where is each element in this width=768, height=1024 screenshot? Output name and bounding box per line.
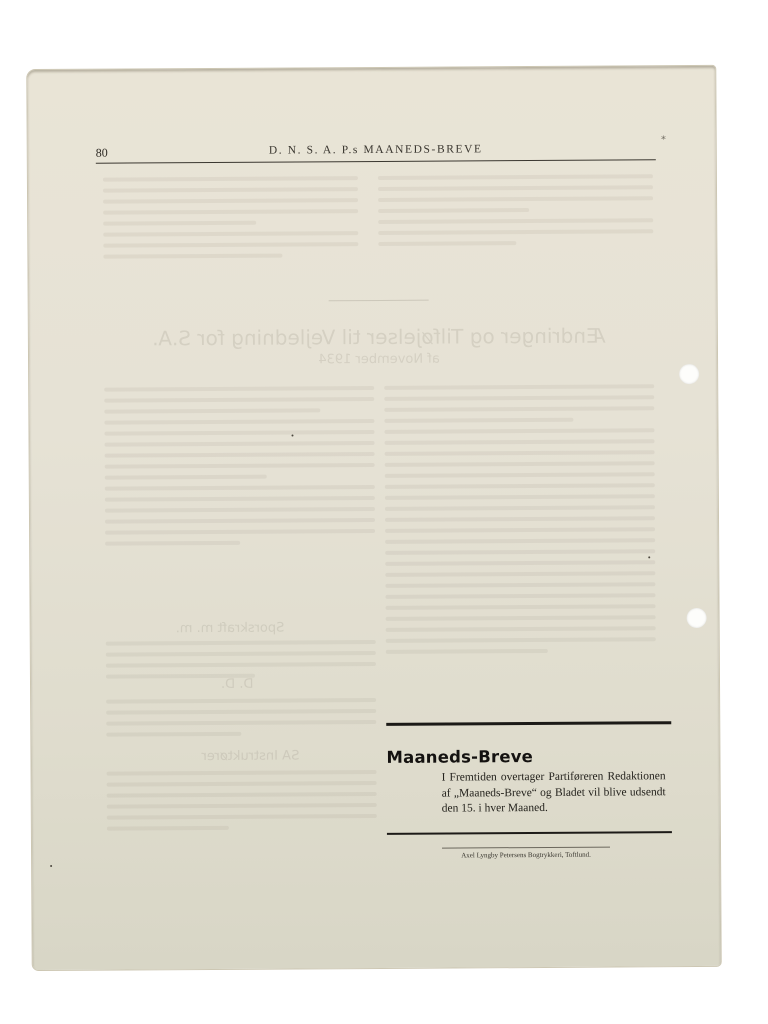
bottom-rule (387, 831, 672, 835)
notice-body: I Fremtiden overtager Partiføreren Redak… (442, 769, 666, 817)
bleed-section-heading: D. D. (221, 677, 254, 692)
running-title: D. N. S. A. P.s MAANEDS-BREVE (96, 142, 656, 157)
bleed-rule (329, 300, 429, 302)
bleed-text-block (103, 176, 359, 266)
bleed-subtitle: af November 1934 (109, 350, 649, 368)
speck (648, 556, 650, 558)
bleed-title: Ændringer og Tilføjelser til Vejledning … (109, 323, 649, 350)
notice-box: Maaneds-Breve I Fremtiden overtager Part… (386, 721, 672, 860)
running-header: 80 D. N. S. A. P.s MAANEDS-BREVE * (96, 141, 656, 163)
punch-hole (679, 364, 699, 384)
bleed-text-block (107, 770, 377, 838)
bleed-text-block (106, 698, 376, 744)
top-rule (386, 721, 671, 726)
bleed-text-block (104, 386, 375, 553)
punch-hole (687, 608, 707, 628)
bleed-section-heading: SA Instruktører (201, 748, 299, 764)
bleed-text-block (378, 174, 653, 253)
corner-mark: * (661, 135, 666, 145)
printer-imprint: Axel Lyngby Petersens Bogtrykkeri, Toftl… (442, 847, 610, 860)
bleed-section-heading: Sporskraft m. m. (176, 621, 285, 637)
document-page: 80 D. N. S. A. P.s MAANEDS-BREVE * Ændri… (27, 66, 720, 970)
speck (291, 434, 293, 436)
bleed-text-block (384, 384, 656, 661)
notice-title: Maaneds-Breve (386, 746, 671, 767)
speck (50, 865, 52, 867)
